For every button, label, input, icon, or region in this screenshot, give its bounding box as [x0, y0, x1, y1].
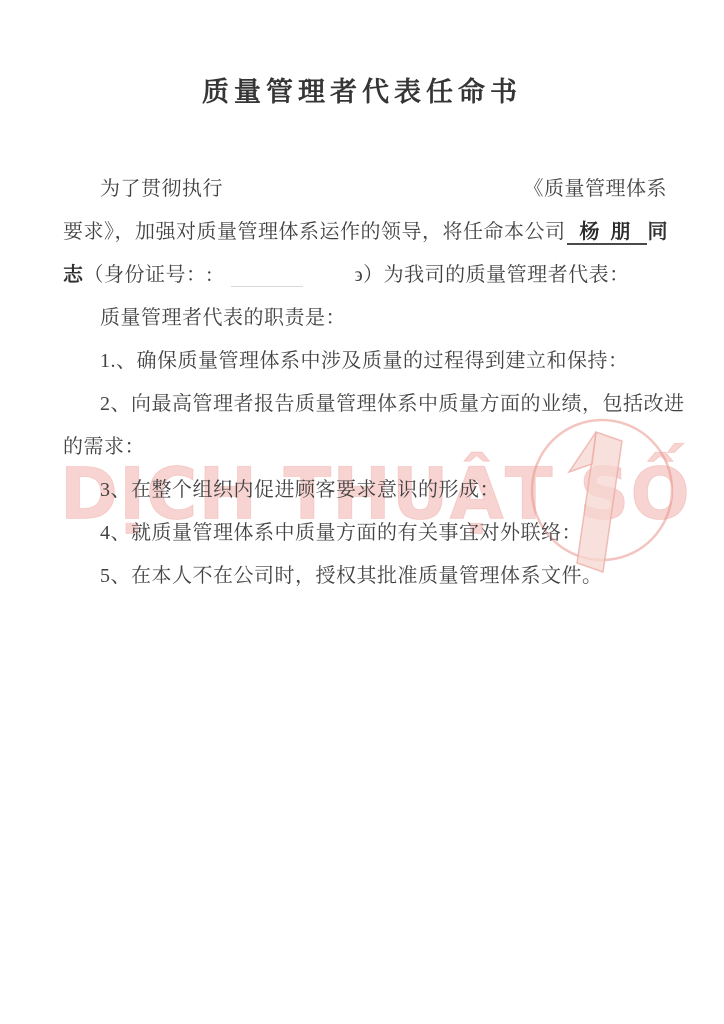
duty-line-text: 4、就质量管理体系中质量方面的有关事宜对外联络： — [100, 522, 582, 544]
duty-line-text: 的需求： — [63, 436, 145, 458]
intro-line3-bold: 志 — [63, 264, 84, 286]
document-title: 质量管理者代表任命书 — [0, 70, 724, 109]
intro-line2-suffix: 同 — [648, 221, 669, 243]
duty-line: 1.、确保质量管理体系中涉及质量的过程得到建立和保持： — [63, 340, 667, 383]
duty-line-text: 5、在本人不在公司时，授权其批准质量管理体系文件。 — [100, 565, 603, 587]
document-page: DỊCH THUẬT SỐ 质量管理者代表任命书 为了贯彻执行 《质量管理体系 … — [0, 0, 724, 1024]
duty-lines-container: 质量管理者代表的职责是：1.、确保质量管理体系中涉及质量的过程得到建立和保持：2… — [63, 297, 667, 598]
intro-line2-text: 要求》，加强对质量管理体系运作的领导，将任命本公司 — [63, 221, 566, 243]
document-body: 为了贯彻执行 《质量管理体系 要求》，加强对质量管理体系运作的领导，将任命本公司… — [63, 168, 667, 598]
duty-line-text: 3、在整个组织内促进顾客要求意识的形成： — [100, 479, 500, 501]
duty-line: 质量管理者代表的职责是： — [63, 297, 667, 340]
duty-line-text: 1.、确保质量管理体系中涉及质量的过程得到建立和保持： — [100, 350, 629, 372]
duty-line-text: 质量管理者代表的职责是： — [100, 307, 346, 329]
duty-line: 的需求： — [63, 426, 667, 469]
duty-line: 2、向最高管理者报告质量管理体系中质量方面的业绩，包括改进 — [63, 383, 667, 426]
duty-line: 3、在整个组织内促进顾客要求意识的形成： — [63, 469, 667, 512]
id-number-blank — [213, 254, 355, 297]
intro-line1-left: 为了贯彻执行 — [63, 168, 223, 211]
duty-line-text: 2、向最高管理者报告质量管理体系中质量方面的业绩，包括改进 — [100, 393, 685, 415]
id-number-label: （身份证号：: — [84, 264, 213, 286]
intro-line-2: 要求》，加强对质量管理体系运作的领导，将任命本公司杨 朋同 — [63, 211, 667, 254]
duty-line: 5、在本人不在公司时，授权其批准质量管理体系文件。 — [63, 555, 667, 598]
intro-line1-right: 《质量管理体系 — [524, 168, 668, 211]
intro-line-1: 为了贯彻执行 《质量管理体系 — [63, 168, 667, 211]
duty-line: 4、就质量管理体系中质量方面的有关事宜对外联络： — [63, 512, 667, 555]
intro-line-3: 志（身份证号：:϶）为我司的质量管理者代表： — [63, 254, 667, 297]
intro-line3-suffix: ϶）为我司的质量管理者代表： — [355, 264, 630, 286]
appointee-name: 杨 朋 — [567, 221, 647, 245]
